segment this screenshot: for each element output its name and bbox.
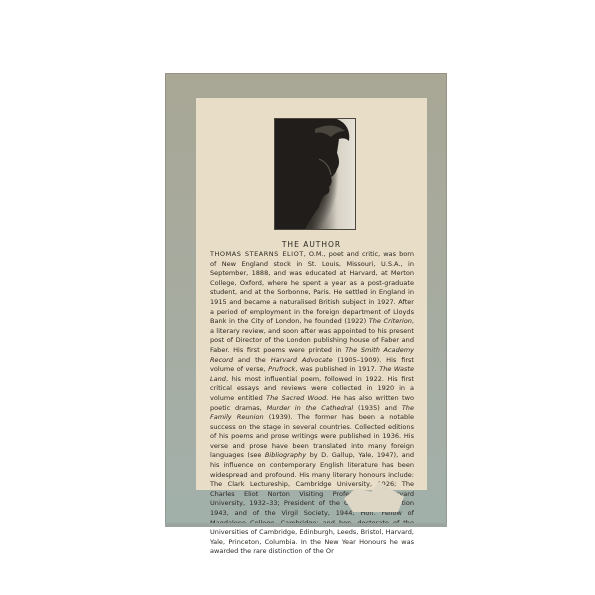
italic-title: The Criterion <box>369 317 412 325</box>
italic-title: Murder in the Cathedral <box>267 404 354 412</box>
author-name: THOMAS STEARNS ELIOT <box>210 250 304 258</box>
bio-text: , O.M., poet and critic, was born of New… <box>210 250 414 325</box>
italic-title: Bibliography <box>265 451 306 459</box>
cover-edge <box>165 523 447 527</box>
italic-title: Prufrock <box>268 365 295 373</box>
bio-text: , was published in 1917. <box>295 365 379 373</box>
text-panel: THE AUTHOR THOMAS STEARNS ELIOT, O.M., p… <box>196 98 427 490</box>
bio-text: (1935) and <box>353 404 402 412</box>
author-portrait <box>274 118 356 230</box>
profile-silhouette-icon <box>275 119 355 229</box>
section-heading: THE AUTHOR <box>196 240 427 249</box>
book-back-cover: THE AUTHOR THOMAS STEARNS ELIOT, O.M., p… <box>165 73 447 527</box>
bio-text: and the <box>233 356 271 364</box>
italic-title: Harvard Advocate <box>271 356 333 364</box>
italic-title: The Sacred Wood <box>266 394 326 402</box>
